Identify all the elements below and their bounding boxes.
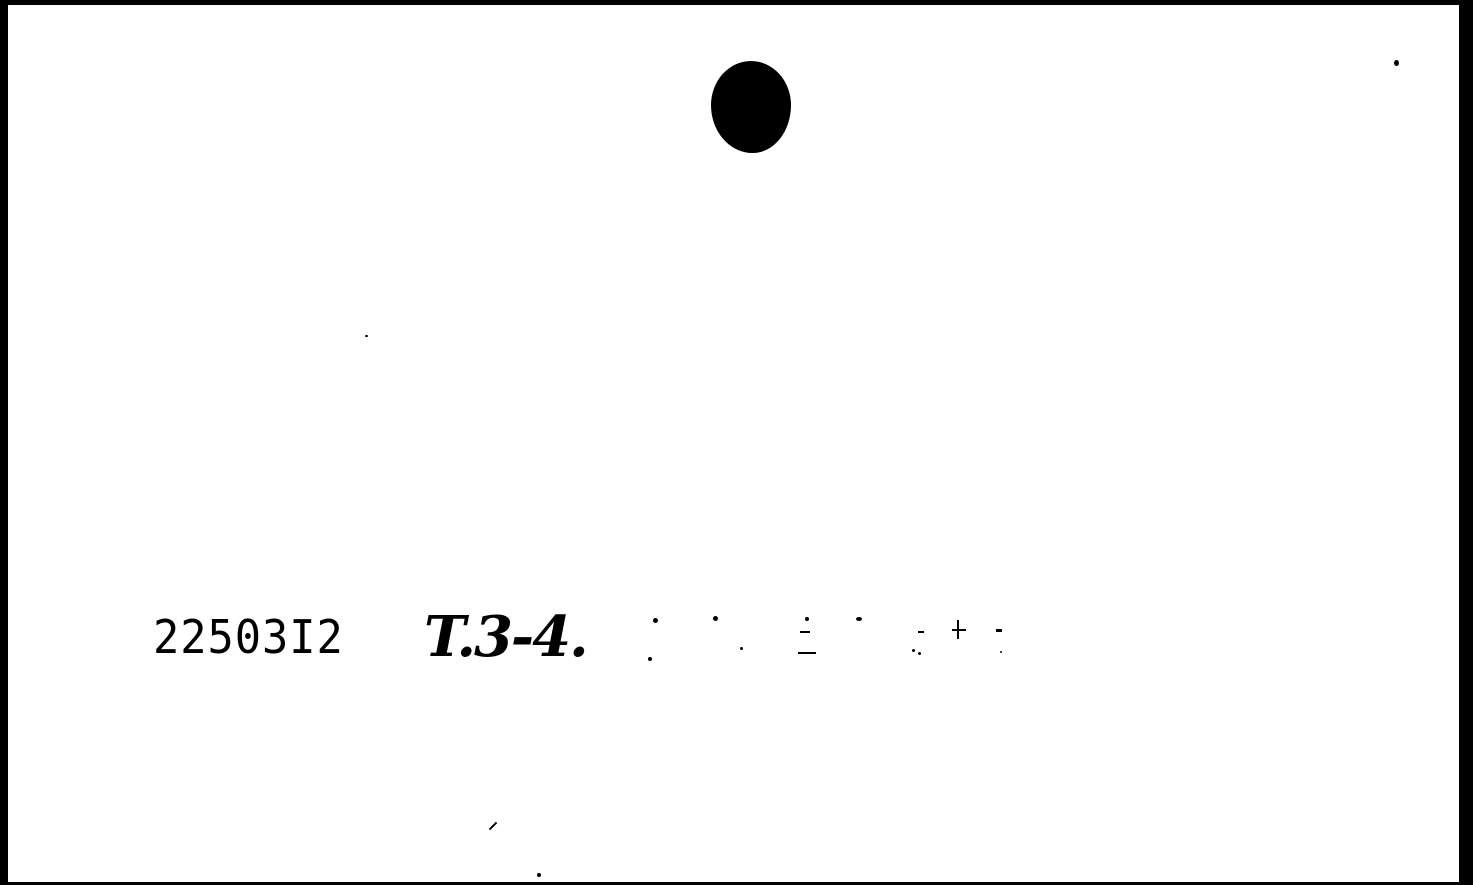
scan-speck — [1000, 651, 1002, 653]
scan-speck — [805, 617, 809, 621]
index-card: 22503I2 T.3-4. — [8, 5, 1459, 882]
scan-speck — [713, 616, 718, 621]
scan-speck — [952, 629, 966, 631]
scan-speck — [798, 652, 816, 654]
scan-speck — [365, 335, 368, 337]
scan-speck — [1394, 60, 1399, 66]
scan-speck — [537, 873, 541, 877]
scan-speck — [648, 657, 652, 661]
scan-speck — [912, 649, 915, 652]
scan-speck — [740, 647, 743, 650]
punch-hole — [711, 61, 791, 153]
scan-speck — [489, 822, 497, 830]
catalog-number: 22503I2 — [153, 614, 344, 660]
scan-speck — [800, 631, 810, 633]
scan-speck — [918, 631, 924, 633]
scan-speck — [918, 652, 921, 655]
handwritten-annotation: T.3-4. — [424, 609, 587, 665]
scan-speck — [653, 618, 658, 623]
scan-speck — [856, 617, 862, 621]
scan-speck — [996, 629, 1002, 632]
